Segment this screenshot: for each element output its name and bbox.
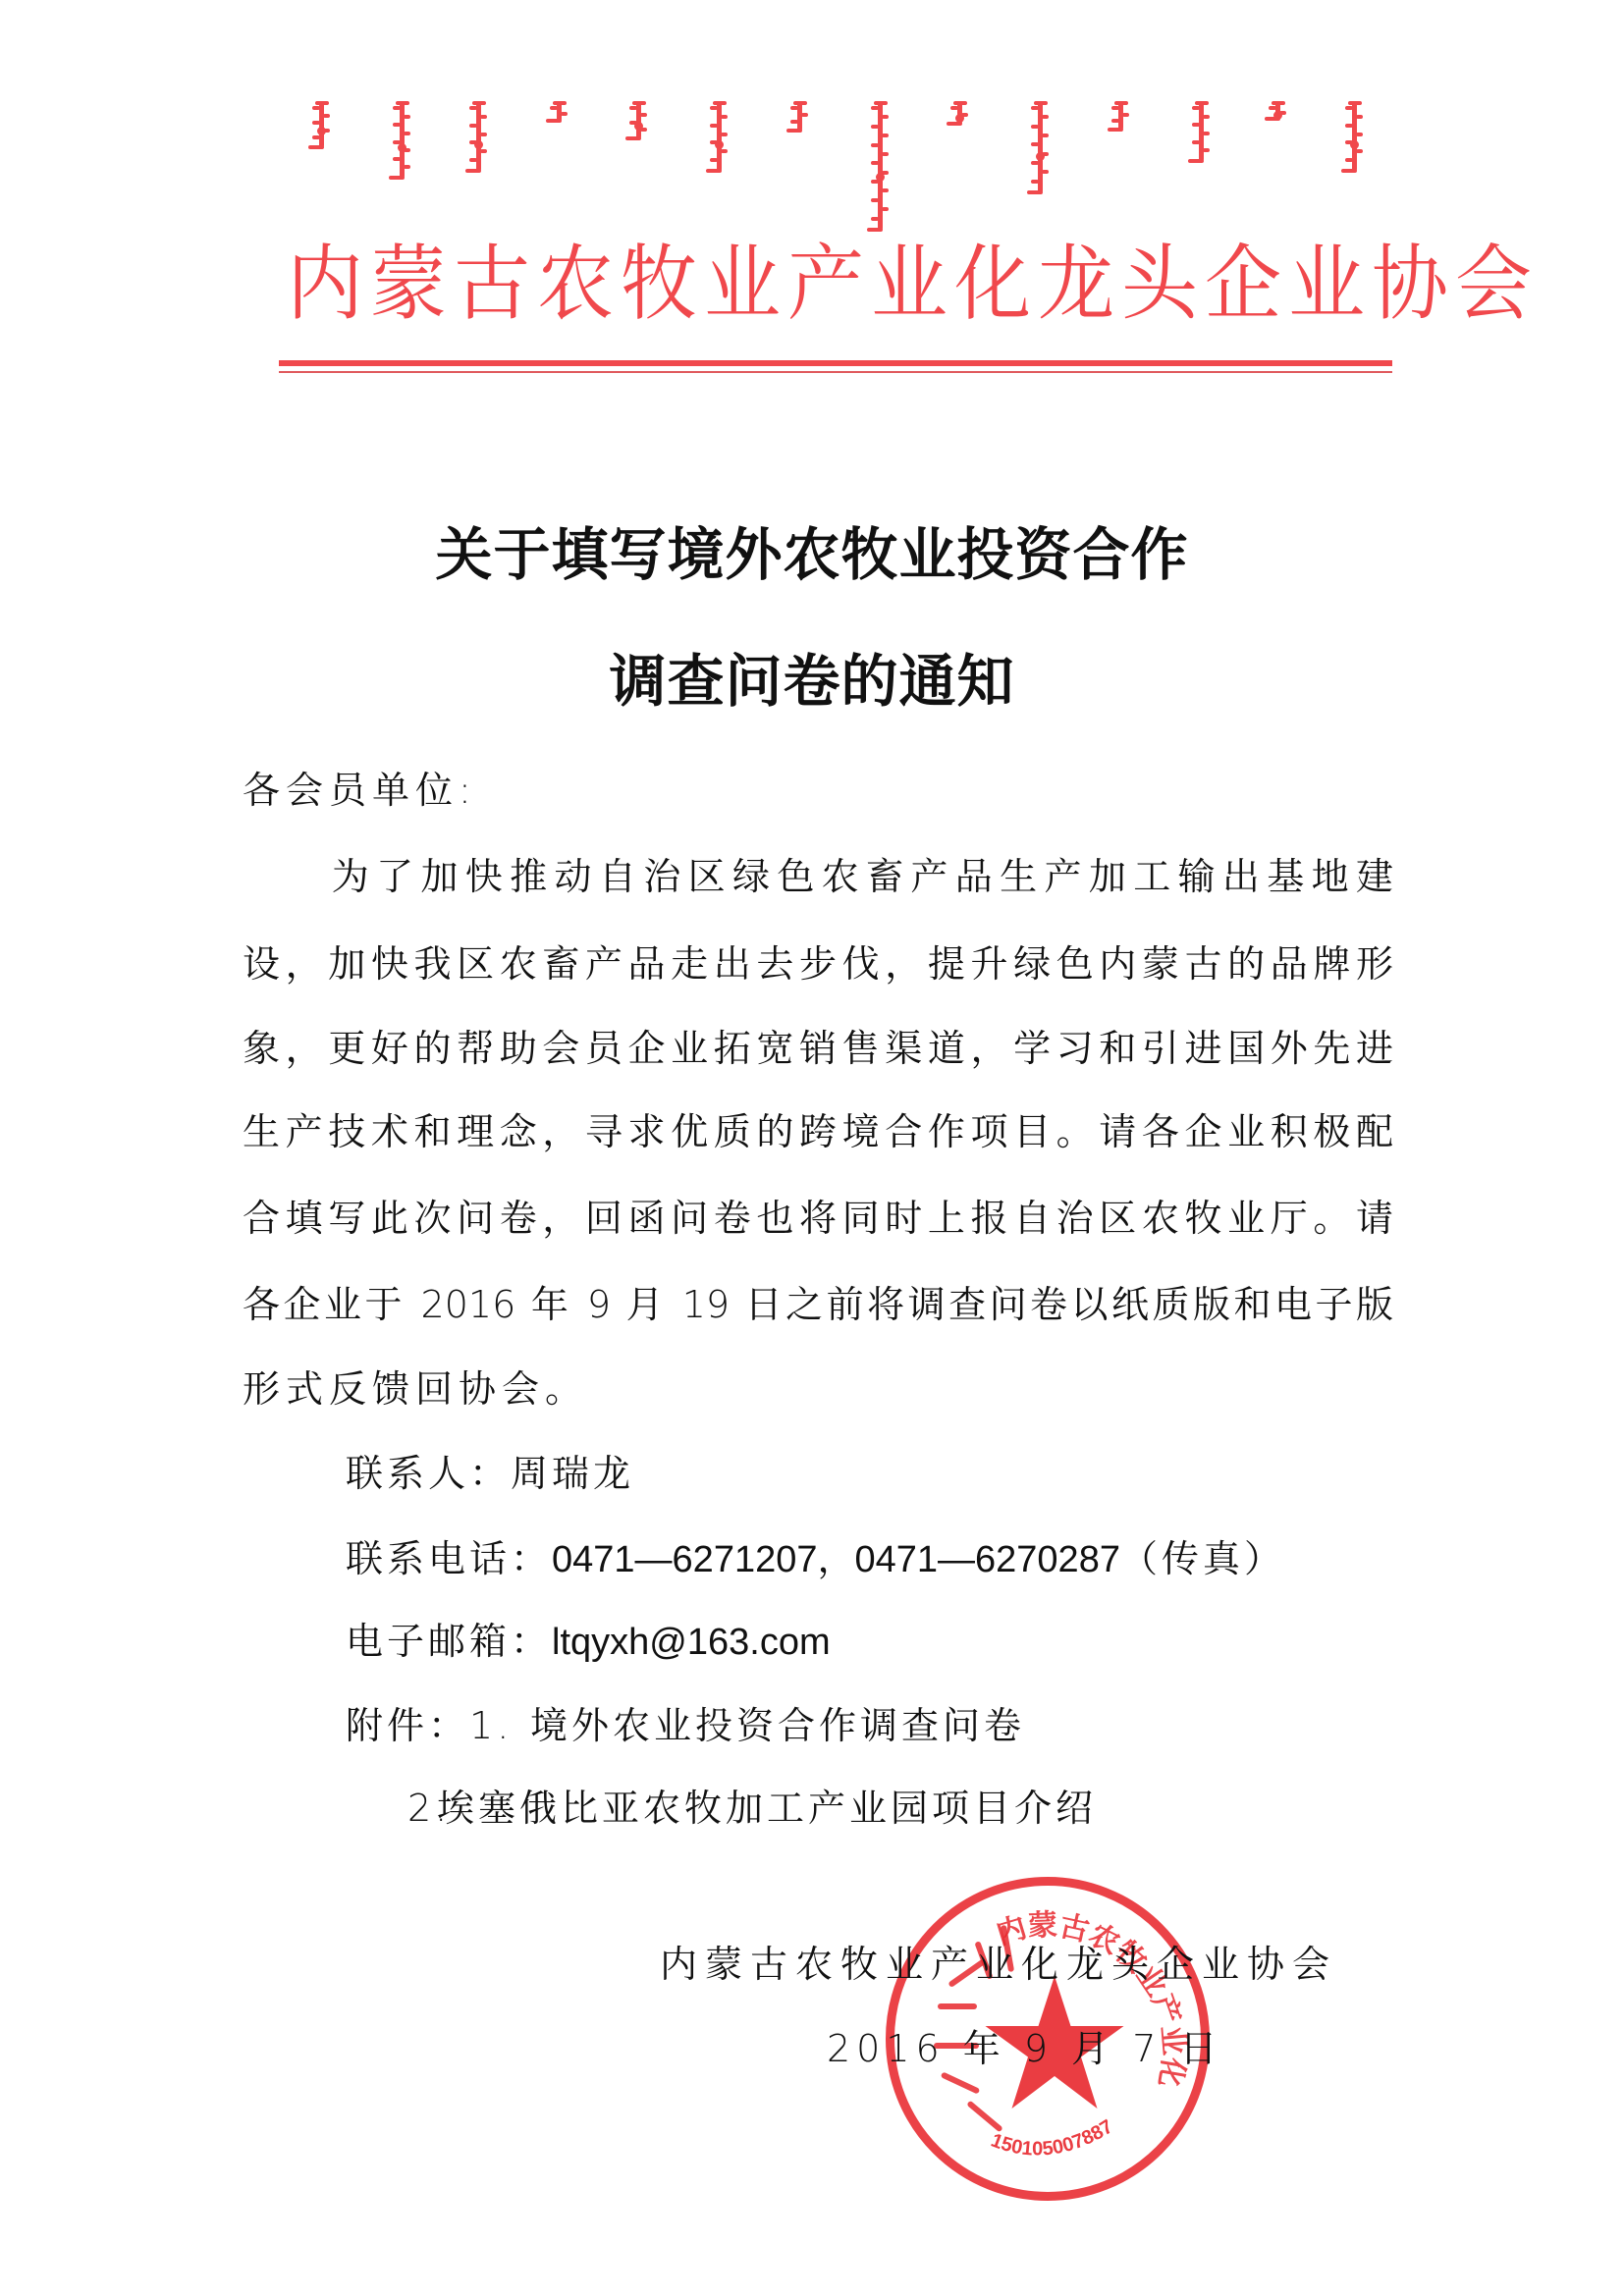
attachment-number: 1. <box>469 1701 530 1750</box>
notice-title-line-2: 调查问卷的通知 <box>0 648 1624 717</box>
contact-person-value: 周瑞龙 <box>511 1452 634 1495</box>
mongolian-word-glyph <box>469 102 487 179</box>
mongolian-word-glyph <box>871 102 889 238</box>
mongolian-word-glyph <box>629 102 647 146</box>
signature-org-name: 内蒙古农牧业产业化龙头企业协会 <box>660 1940 1337 1989</box>
notice-title-line-1: 关于填写境外农牧业投资合作 <box>0 521 1624 590</box>
contact-phone-value: 0471—6271207，0471—6270287 <box>552 1539 1120 1580</box>
letterhead-rule-thick <box>279 360 1392 366</box>
mongolian-word-glyph <box>950 102 968 132</box>
body-line: 设，加快我区农畜产品走出去步伐，提升绿色内蒙古的品牌形 <box>243 939 1393 988</box>
contact-person-label: 联系人： <box>346 1452 511 1495</box>
mongolian-word-glyph <box>393 102 410 186</box>
mongolian-word-glyph <box>1192 102 1210 169</box>
body-line: 形式反馈回协会。 <box>243 1364 588 1414</box>
mongolian-word-glyph <box>1345 102 1363 179</box>
mongolian-word-glyph <box>1269 102 1286 127</box>
attachment-title: 境外农业投资合作调查问卷 <box>530 1704 1025 1747</box>
salutation: 各会员单位: <box>243 766 477 815</box>
mongolian-word-glyph <box>550 102 568 129</box>
letterhead-rule-thin <box>279 371 1392 373</box>
attachment-number: 2. <box>407 1784 437 1833</box>
attachments-label: 附件： <box>346 1704 469 1747</box>
contact-phone-fax-suffix: （传真） <box>1120 1537 1285 1580</box>
contact-email-label: 电子邮箱： <box>346 1620 552 1663</box>
body-line: 合填写此次问卷，回函问卷也将同时上报自治区农牧业厅。请 <box>243 1194 1393 1243</box>
contact-person-row: 联系人：周瑞龙 <box>346 1449 634 1498</box>
contact-phone-row: 联系电话：0471—6271207，0471—6270287（传真） <box>346 1534 1285 1584</box>
issue-date: 2016 年 9 月 7 日 <box>827 2024 1222 2073</box>
contact-email-value[interactable]: ltqyxh@163.com <box>552 1622 831 1663</box>
mongolian-word-glyph <box>790 102 808 138</box>
mongolian-word-glyph <box>1031 102 1049 200</box>
mongolian-script-header <box>0 102 1624 240</box>
letterhead-org-name: 内蒙古农牧业产业化龙头企业协会 <box>287 232 1396 338</box>
body-line: 生产技术和理念，寻求优质的跨境合作项目。请各企业积极配 <box>243 1107 1393 1156</box>
contact-email-row: 电子邮箱：ltqyxh@163.com <box>346 1617 831 1667</box>
body-line: 各企业于 2016 年 9 月 19 日之前将调查问卷以纸质版和电子版 <box>243 1280 1393 1329</box>
attachment-title: 埃塞俄比亚农牧加工产业园项目介绍 <box>437 1787 1097 1830</box>
body-line: 象，更好的帮助会员企业拓宽销售渠道，学习和引进国外先进 <box>243 1024 1393 1073</box>
mongolian-word-glyph <box>1111 102 1129 137</box>
attachment-row-1: 附件：1.境外农业投资合作调查问卷 <box>346 1701 1025 1750</box>
body-line: 为了加快推动自治区绿色农畜产品生产加工输出基地建 <box>243 852 1393 901</box>
contact-phone-label: 联系电话： <box>346 1537 552 1580</box>
attachment-row-2: 2.埃塞俄比亚农牧加工产业园项目介绍 <box>407 1784 1097 1833</box>
mongolian-word-glyph <box>710 102 728 179</box>
mongolian-word-glyph <box>312 102 330 155</box>
document-page: 内蒙古农牧业产业化龙头企业协会 关于填写境外农牧业投资合作 调查问卷的通知 各会… <box>0 0 1624 2296</box>
